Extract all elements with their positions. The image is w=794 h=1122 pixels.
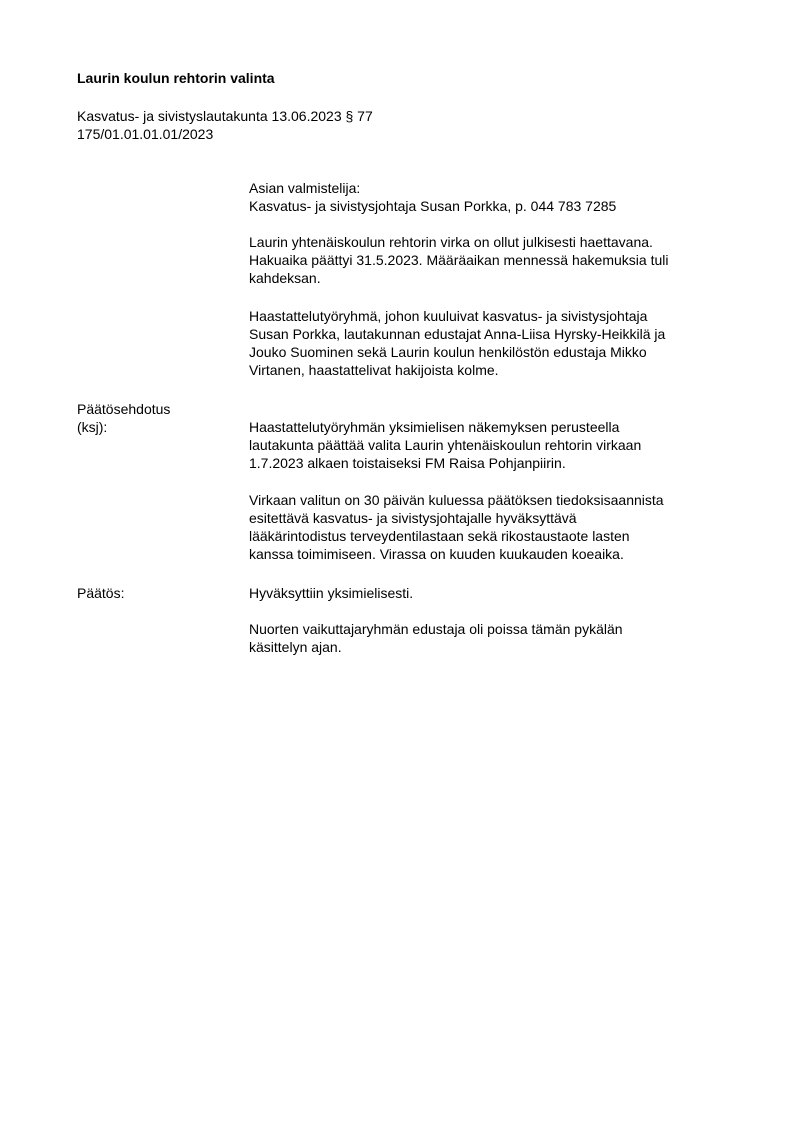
document-page: Laurin koulun rehtorin valinta Kasvatus-… <box>0 0 794 1122</box>
text-line: Hakuaika päättyi 31.5.2023. Määräaikan m… <box>249 251 739 269</box>
decision-text: Hyväksyttiin yksimielisesti. <box>249 584 739 602</box>
text-line: Susan Porkka, lautakunnan edustajat Anna… <box>249 325 739 343</box>
text-line: käsittelyn ajan. <box>249 638 739 656</box>
text-line: Jouko Suominen sekä Laurin koulun henkil… <box>249 343 739 361</box>
preparer-value: Kasvatus- ja sivistysjohtaja Susan Porkk… <box>249 197 739 215</box>
proposal-paragraph: Haastattelutyöryhmän yksimielisen näkemy… <box>249 418 739 472</box>
text-line: kahdeksan. <box>249 269 739 287</box>
text-line: Haastattelutyöryhmän yksimielisen näkemy… <box>249 418 739 436</box>
proposal-label: Päätösehdotus (ksj): <box>77 400 237 436</box>
decision-note: Nuorten vaikuttajaryhmän edustaja oli po… <box>249 620 739 656</box>
text-line: 1.7.2023 alkaen toistaiseksi FM Raisa Po… <box>249 454 739 472</box>
text-line: lautakunta päättää valita Laurin yhtenäi… <box>249 436 739 454</box>
text-line: Laurin yhtenäiskoulun rehtorin virka on … <box>249 233 739 251</box>
preparer-block: Asian valmistelija: Kasvatus- ja sivisty… <box>249 179 739 215</box>
text-line: Nuorten vaikuttajaryhmän edustaja oli po… <box>249 620 739 638</box>
meeting-line: Kasvatus- ja sivistyslautakunta 13.06.20… <box>77 107 373 125</box>
text-line: esitettävä kasvatus- ja sivistysjohtajal… <box>249 509 739 527</box>
record-number: 175/01.01.01.01/2023 <box>77 125 373 143</box>
document-title: Laurin koulun rehtorin valinta <box>77 69 275 87</box>
proposal-paragraph: Virkaan valitun on 30 päivän kuluessa pä… <box>249 491 739 563</box>
meeting-info: Kasvatus- ja sivistyslautakunta 13.06.20… <box>77 107 373 143</box>
body-paragraph: Haastattelutyöryhmä, johon kuuluivat kas… <box>249 307 739 379</box>
text-line: Virtanen, haastattelivat hakijoista kolm… <box>249 361 739 379</box>
proposal-label-line: Päätösehdotus <box>77 400 237 418</box>
decision-label: Päätös: <box>77 584 237 602</box>
body-paragraph: Laurin yhtenäiskoulun rehtorin virka on … <box>249 233 739 287</box>
text-line: Virkaan valitun on 30 päivän kuluessa pä… <box>249 491 739 509</box>
preparer-label: Asian valmistelija: <box>249 179 739 197</box>
text-line: lääkärintodistus terveydentilastaan sekä… <box>249 527 739 545</box>
text-line: kanssa toimimiseen. Virassa on kuuden ku… <box>249 545 739 563</box>
proposal-label-line: (ksj): <box>77 418 237 436</box>
text-line: Haastattelutyöryhmä, johon kuuluivat kas… <box>249 307 739 325</box>
